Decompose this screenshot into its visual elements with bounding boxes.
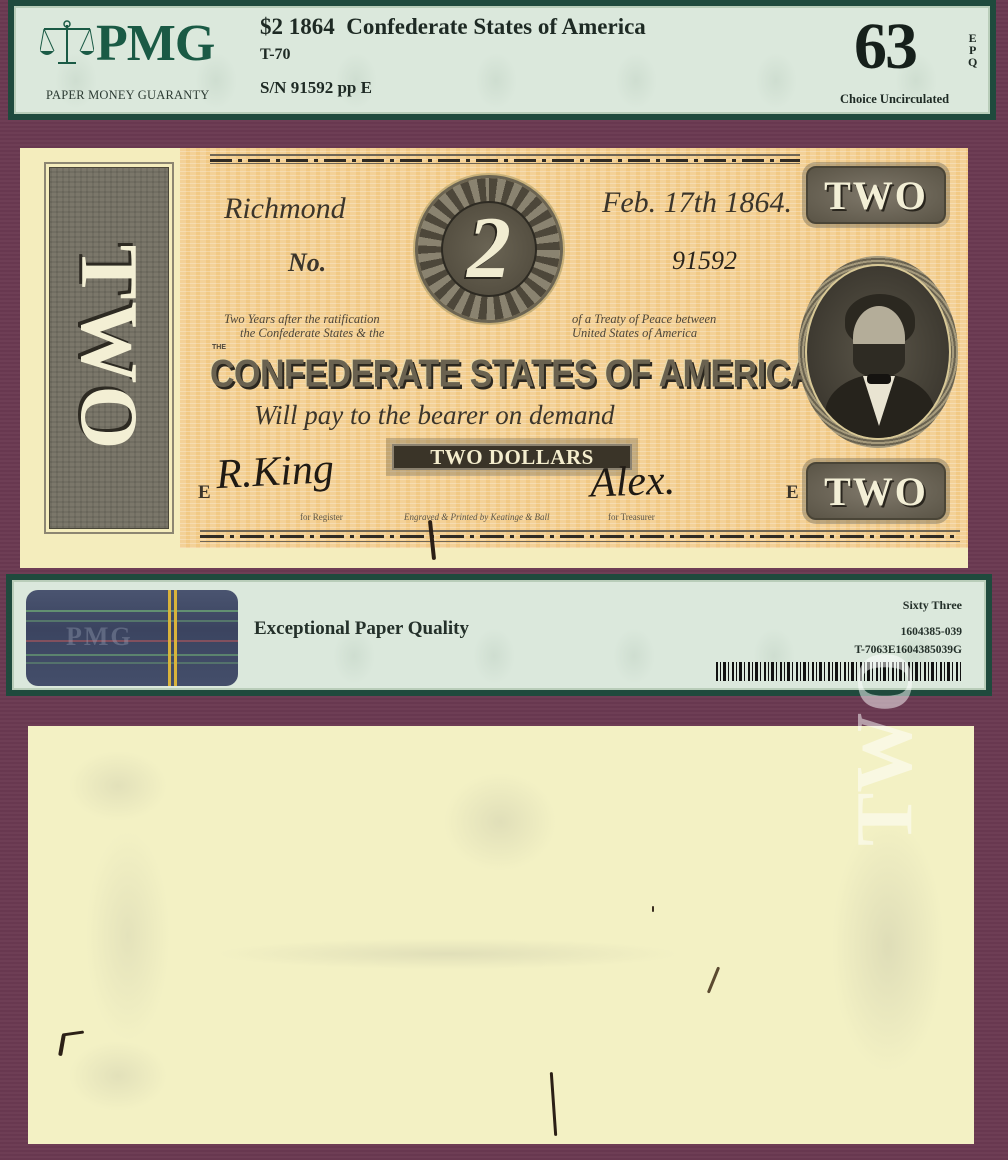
- issuer-name: CONFEDERATE STATES OF AMERICA: [210, 352, 814, 397]
- side-denomination-panel: TWO: [44, 162, 174, 534]
- ink-dot: [652, 906, 654, 912]
- ink-mark-left-hook: [62, 1030, 84, 1036]
- paper-quality-designation: Exceptional Paper Quality: [254, 618, 469, 640]
- corner-denomination-text: TWO: [824, 468, 928, 515]
- ink-mark-left: [58, 1034, 66, 1056]
- top-grading-label: PMG PAPER MONEY GUARANTY $2 1864 Confede…: [8, 0, 996, 120]
- promise-line-3: of a Treaty of Peace between: [572, 312, 716, 327]
- note-face: Richmond Feb. 17th 1864. No. 91592 2 Two…: [180, 148, 968, 548]
- corner-denomination-bottom: TWO: [806, 462, 946, 520]
- ink-mark-right: [707, 966, 720, 993]
- promise-line-1: Two Years after the ratification: [224, 312, 380, 327]
- promise-line-2: the Confederate States & the: [240, 326, 384, 341]
- grade-in-words: Sixty Three: [903, 598, 962, 613]
- epq-letter-q: Q: [968, 56, 977, 68]
- register-signature: R.King: [215, 445, 335, 499]
- side-panel-engraving: TWO: [49, 167, 169, 529]
- denomination-words: TWO DOLLARS: [430, 445, 594, 470]
- portrait-frame: [798, 256, 958, 448]
- denomination-rosette: 2: [418, 178, 560, 320]
- serial-number: S/N 91592 pp E: [260, 78, 372, 98]
- grade-number: 63: [854, 14, 916, 80]
- promise-line-4: United States of America: [572, 326, 697, 341]
- note-title: $2 1864 Confederate States of America: [260, 14, 646, 40]
- date-script: Feb. 17th 1864.: [602, 186, 792, 220]
- top-label-panel: PMG PAPER MONEY GUARANTY $2 1864 Confede…: [14, 6, 990, 114]
- note-back: TWO: [28, 726, 974, 1144]
- catalog-number: T-70: [260, 46, 291, 64]
- top-border-ornament: [210, 154, 800, 164]
- handwritten-serial: 91592: [672, 246, 737, 276]
- imprint-engraver: Engraved & Printed by Keatinge & Ball: [404, 512, 549, 522]
- imprint-register: for Register: [300, 512, 343, 522]
- the-label: THE: [212, 344, 226, 351]
- plate-letter-right: E: [786, 482, 799, 504]
- corner-denomination-top: TWO: [806, 166, 946, 224]
- pmg-logo: PMG: [40, 18, 214, 70]
- promise-to-pay: Will pay to the bearer on demand: [254, 400, 614, 431]
- hologram-text: PMG: [66, 622, 133, 652]
- denomination-numeral: 2: [467, 205, 511, 293]
- ink-mark-center: [550, 1072, 557, 1136]
- security-hologram: PMG: [26, 590, 238, 686]
- note-front: TWO Richmond Feb. 17th 1864. No. 91592 2…: [20, 148, 968, 568]
- epq-designation: E P Q: [968, 32, 977, 68]
- portrait-vignette: [805, 264, 951, 440]
- grade-description: Choice Uncirculated: [840, 92, 949, 107]
- imprint-treasurer: for Treasurer: [608, 512, 655, 522]
- plate-letter-left: E: [198, 482, 211, 504]
- scales-icon: [40, 19, 94, 69]
- certification-number: 1604385-039: [901, 626, 962, 638]
- rosette-center: 2: [441, 201, 537, 297]
- ghost-denomination: TWO: [840, 650, 931, 846]
- corner-denomination-text: TWO: [824, 172, 928, 219]
- side-denomination: TWO: [62, 245, 156, 451]
- bottom-border-ornament: [200, 530, 960, 542]
- number-label: No.: [288, 248, 326, 278]
- brand-subtitle: PAPER MONEY GUARANTY: [46, 88, 210, 103]
- treasurer-signature: Alex.: [589, 457, 676, 508]
- city-script: Richmond: [224, 192, 346, 226]
- pmg-brand: PMG: [96, 18, 214, 70]
